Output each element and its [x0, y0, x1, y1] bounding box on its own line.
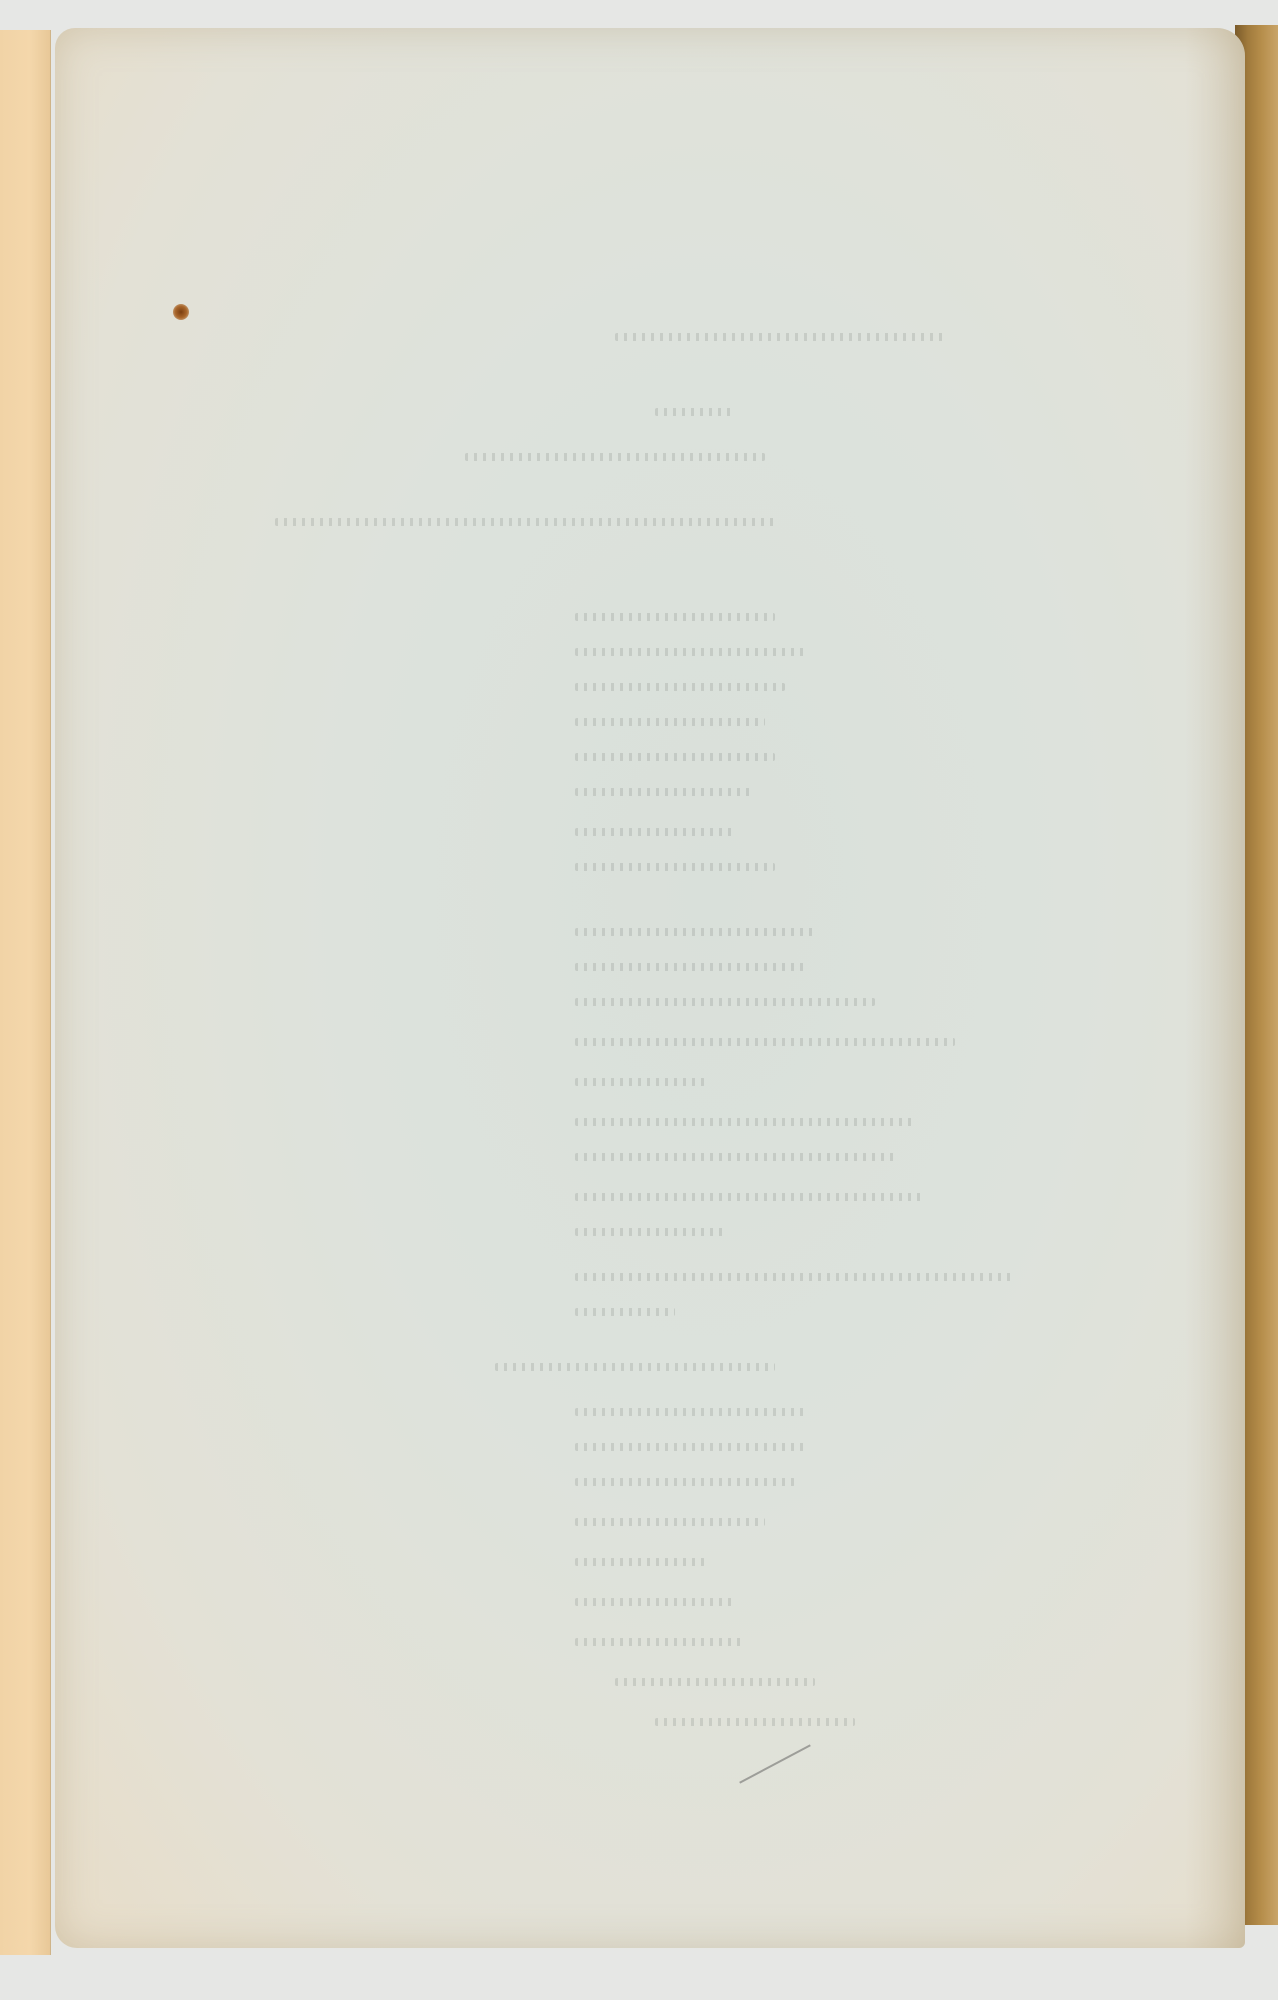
bleed-line: [575, 1638, 745, 1646]
bleed-line: [575, 648, 805, 656]
bleed-line: [575, 1118, 915, 1126]
bleed-line: [575, 1408, 805, 1416]
bleed-line: [575, 1078, 705, 1086]
bleed-line: [655, 408, 735, 416]
bleed-line: [575, 1153, 895, 1161]
bleed-line: [575, 683, 785, 691]
bleed-line: [575, 1193, 925, 1201]
bleed-line: [575, 928, 815, 936]
bleed-line: [575, 1038, 955, 1046]
bleed-line: [575, 1598, 735, 1606]
bleed-line: [575, 1518, 765, 1526]
bleed-line: [575, 828, 735, 836]
bleed-line: [575, 863, 775, 871]
bleed-line: [575, 788, 755, 796]
bleed-line: [575, 613, 775, 621]
bleed-line: [575, 1228, 725, 1236]
bleed-line: [275, 518, 775, 526]
document-page: [55, 28, 1245, 1948]
bleed-line: [575, 1308, 675, 1316]
bleed-line: [575, 753, 775, 761]
bleed-line: [575, 963, 805, 971]
bleed-line: [615, 333, 945, 341]
bleed-line: [575, 1273, 1015, 1281]
left-cover-edge: [0, 30, 51, 1955]
bleed-line: [575, 718, 765, 726]
bleed-line: [615, 1678, 815, 1686]
bleed-line: [655, 1718, 855, 1726]
bleed-line: [575, 1478, 795, 1486]
bleed-line: [495, 1363, 775, 1371]
bleed-line: [575, 998, 875, 1006]
bleed-through-text: [55, 28, 1245, 1948]
bleed-line: [575, 1558, 705, 1566]
bleed-line: [465, 453, 765, 461]
bleed-line: [575, 1443, 805, 1451]
